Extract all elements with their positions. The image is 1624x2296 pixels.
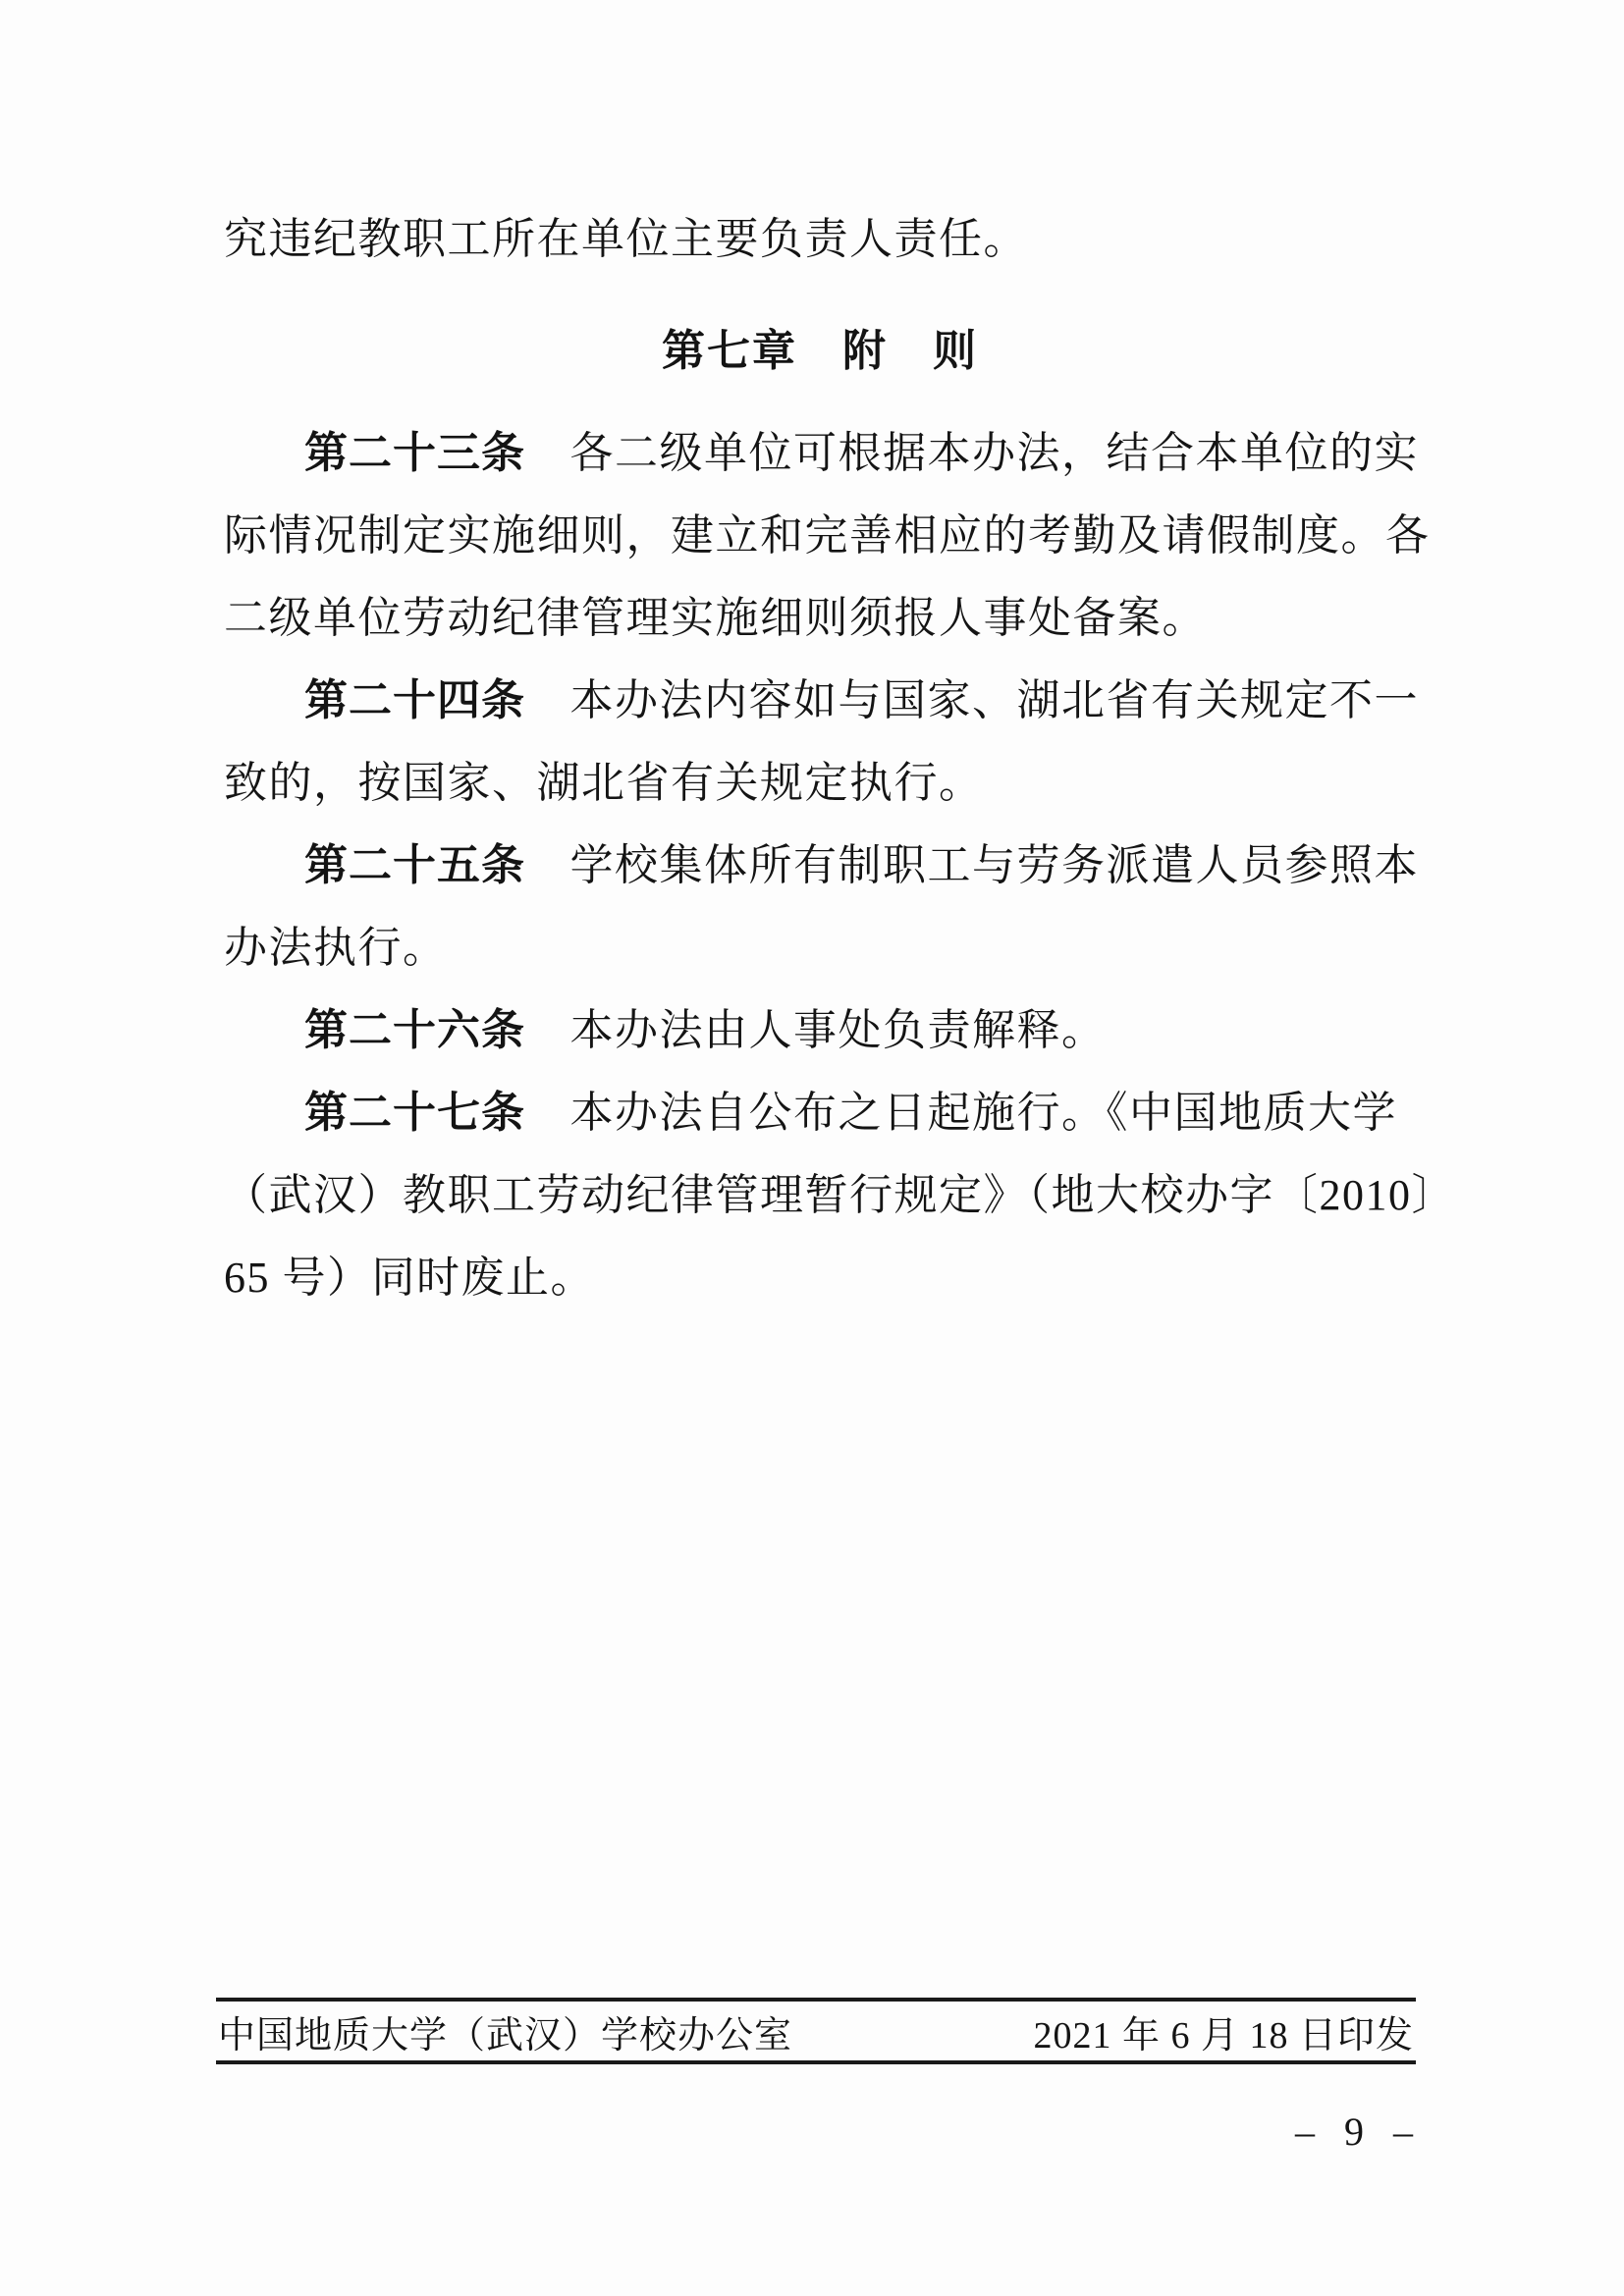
chapter-heading: 第七章 附 则 bbox=[224, 310, 1416, 393]
article-number: 第二十四条 bbox=[304, 676, 525, 724]
document-body: 究违纪教职工所在单位主要负责人责任。 第七章 附 则 第二十三条 各二级单位可根… bbox=[224, 198, 1416, 1319]
body-line-text: （武汉）教职工劳动纪律管理暂行规定》（地大校办字〔2010〕 bbox=[224, 1171, 1456, 1219]
body-line-text: 办法执行。 bbox=[224, 924, 448, 972]
body-line-text: 65 号）同时废止。 bbox=[224, 1254, 595, 1302]
article-number: 第二十七条 bbox=[304, 1089, 525, 1137]
body-line-text: 各二级单位可根据本办法，结合本单位的实 bbox=[525, 429, 1419, 477]
article-line: 第二十六条 本办法由人事处负责解释。 bbox=[224, 989, 1416, 1072]
article-line: 第二十四条 本办法内容如与国家、湖北省有关规定不一 bbox=[224, 660, 1416, 742]
body-line-text: 致的，按国家、湖北省有关规定执行。 bbox=[224, 759, 984, 807]
body-line: 致的，按国家、湖北省有关规定执行。 bbox=[224, 742, 1416, 825]
article-line: 第二十三条 各二级单位可根据本办法，结合本单位的实 bbox=[224, 412, 1416, 495]
body-line: 二级单位劳动纪律管理实施细则须报人事处备案。 bbox=[224, 577, 1416, 660]
document-page: 究违纪教职工所在单位主要负责人责任。 第七章 附 则 第二十三条 各二级单位可根… bbox=[0, 0, 1624, 2296]
body-line-text: 究违纪教职工所在单位主要负责人责任。 bbox=[224, 215, 1028, 263]
footer-date: 2021 年 6 月 18 日印发 bbox=[1033, 2004, 1414, 2058]
body-line: 究违纪教职工所在单位主要负责人责任。 bbox=[224, 198, 1416, 281]
article-number: 第二十六条 bbox=[304, 1006, 525, 1054]
page-number: – 9 – bbox=[1295, 2109, 1423, 2155]
body-line-text: 本办法由人事处负责解释。 bbox=[525, 1006, 1107, 1054]
footer-row: 中国地质大学（武汉）学校办公室 2021 年 6 月 18 日印发 bbox=[216, 2002, 1416, 2060]
body-line: 办法执行。 bbox=[224, 907, 1416, 989]
body-line: 际情况制定实施细则，建立和完善相应的考勤及请假制度。各 bbox=[224, 495, 1416, 577]
page-footer: 中国地质大学（武汉）学校办公室 2021 年 6 月 18 日印发 bbox=[216, 1998, 1416, 2064]
body-line-text: 际情况制定实施细则，建立和完善相应的考勤及请假制度。各 bbox=[224, 511, 1431, 560]
article-number: 第二十五条 bbox=[304, 841, 525, 889]
body-line-text: 本办法自公布之日起施行。《中国地质大学 bbox=[525, 1089, 1397, 1137]
body-line-text: 二级单位劳动纪律管理实施细则须报人事处备案。 bbox=[224, 594, 1207, 642]
article-number: 第二十三条 bbox=[304, 429, 525, 477]
body-line: （武汉）教职工劳动纪律管理暂行规定》（地大校办字〔2010〕 bbox=[224, 1154, 1416, 1237]
body-line-text: 学校集体所有制职工与劳务派遣人员参照本 bbox=[525, 841, 1419, 889]
article-line: 第二十五条 学校集体所有制职工与劳务派遣人员参照本 bbox=[224, 825, 1416, 907]
footer-issuer: 中国地质大学（武汉）学校办公室 bbox=[218, 2004, 792, 2058]
body-line: 65 号）同时废止。 bbox=[224, 1237, 1416, 1319]
body-line-text: 本办法内容如与国家、湖北省有关规定不一 bbox=[525, 676, 1419, 724]
article-line: 第二十七条 本办法自公布之日起施行。《中国地质大学 bbox=[224, 1072, 1416, 1154]
footer-bottom-rule bbox=[216, 2060, 1416, 2064]
